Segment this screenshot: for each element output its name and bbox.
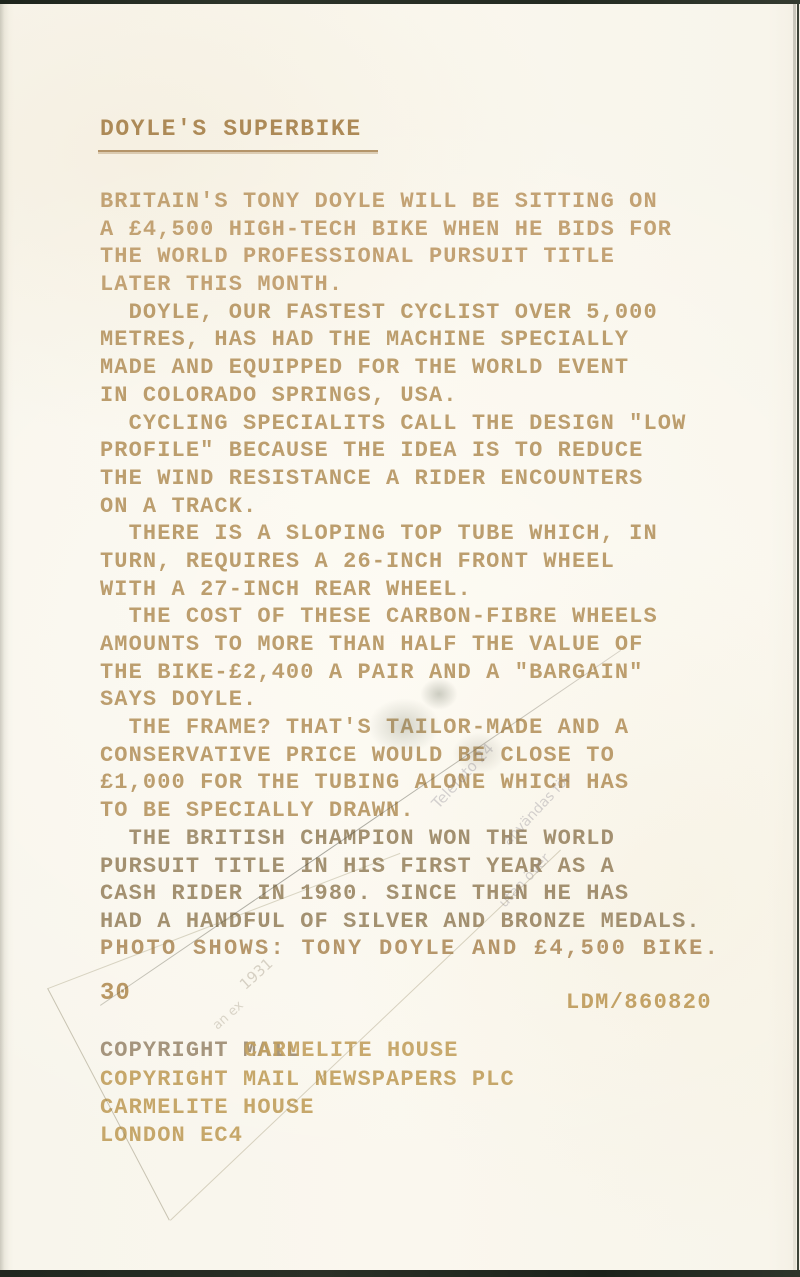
photo-top-edge xyxy=(0,0,800,4)
body-line: BRITAIN'S TONY DOYLE WILL BE SITTING ON xyxy=(100,188,740,216)
reference-code: LDM/860820 xyxy=(566,990,712,1015)
body-line: THE WORLD PROFESSIONAL PURSUIT TITLE xyxy=(100,243,740,271)
stamp-line: LONDON EC4 xyxy=(100,1122,740,1150)
photo-caption-scan: DOYLE'S SUPERBIKE BRITAIN'S TONY DOYLE W… xyxy=(0,0,800,1277)
body-line: ON A TRACK. xyxy=(100,493,740,521)
body-line: THE BIKE-£2,400 A PAIR AND A "BARGAIN" xyxy=(100,659,740,687)
body-line: THE WIND RESISTANCE A RIDER ENCOUNTERS xyxy=(100,465,740,493)
photo-right-edge-shadow xyxy=(793,0,796,1277)
body-line: THERE IS A SLOPING TOP TUBE WHICH, IN xyxy=(100,520,740,548)
photo-right-edge xyxy=(797,0,799,1277)
body-line: METRES, HAS HAD THE MACHINE SPECIALLY xyxy=(100,326,740,354)
body-line: TURN, REQUIRES A 26-INCH FRONT WHEEL xyxy=(100,548,740,576)
body-line: PROFILE" BECAUSE THE IDEA IS TO REDUCE xyxy=(100,437,740,465)
body-line: CYCLING SPECIALITS CALL THE DESIGN "LOW xyxy=(100,410,740,438)
body-line: THE COST OF THESE CARBON-FIBRE WHEELS xyxy=(100,603,740,631)
body-line: MADE AND EQUIPPED FOR THE WORLD EVENT xyxy=(100,354,740,382)
body-line: IN COLORADO SPRINGS, USA. xyxy=(100,382,740,410)
body-line: A £4,500 HIGH-TECH BIKE WHEN HE BIDS FOR xyxy=(100,216,740,244)
body-line: DOYLE, OUR FASTEST CYCLIST OVER 5,000 xyxy=(100,299,740,327)
photo-caption-line: PHOTO SHOWS: TONY DOYLE AND £4,500 BIKE. xyxy=(100,936,720,961)
show-through-text: an ex xyxy=(210,998,247,1033)
body-line: LATER THIS MONTH. xyxy=(100,271,740,299)
ink-smudge xyxy=(452,732,506,774)
body-line: TO BE SPECIALLY DRAWN. xyxy=(100,797,740,825)
body-line: THE BRITISH CHAMPION WON THE WORLD xyxy=(100,825,740,853)
photo-bottom-edge xyxy=(0,1270,800,1277)
stamp-line: CARMELITE HOUSE xyxy=(100,1094,740,1122)
stamp-line: COPYRIGHT MAIL NEWSPAPERS PLC xyxy=(100,1066,740,1094)
heading-underline xyxy=(98,150,378,152)
copyright-stamp-block: COPYRIGHT MAIL CARMELITE HOUSE COPYRIGHT… xyxy=(100,1038,740,1150)
stamp-overprint-text: CARMELITE HOUSE xyxy=(244,1038,459,1063)
photo-left-edge xyxy=(0,0,9,1277)
body-line: AMOUNTS TO MORE THAN HALF THE VALUE OF xyxy=(100,631,740,659)
body-line: CASH RIDER IN 1980. SINCE THEN HE HAS xyxy=(100,880,740,908)
body-text: BRITAIN'S TONY DOYLE WILL BE SITTING ON … xyxy=(100,188,740,936)
body-line: WITH A 27-INCH REAR WHEEL. xyxy=(100,576,740,604)
body-line: PURSUIT TITLE IN HIS FIRST YEAR AS A xyxy=(100,853,740,881)
stamp-overprint-line: COPYRIGHT MAIL CARMELITE HOUSE xyxy=(100,1038,740,1066)
document-heading: DOYLE'S SUPERBIKE xyxy=(100,116,362,142)
body-line: £1,000 FOR THE TUBING ALONE WHICH HAS xyxy=(100,769,740,797)
ink-smudge xyxy=(420,678,458,710)
